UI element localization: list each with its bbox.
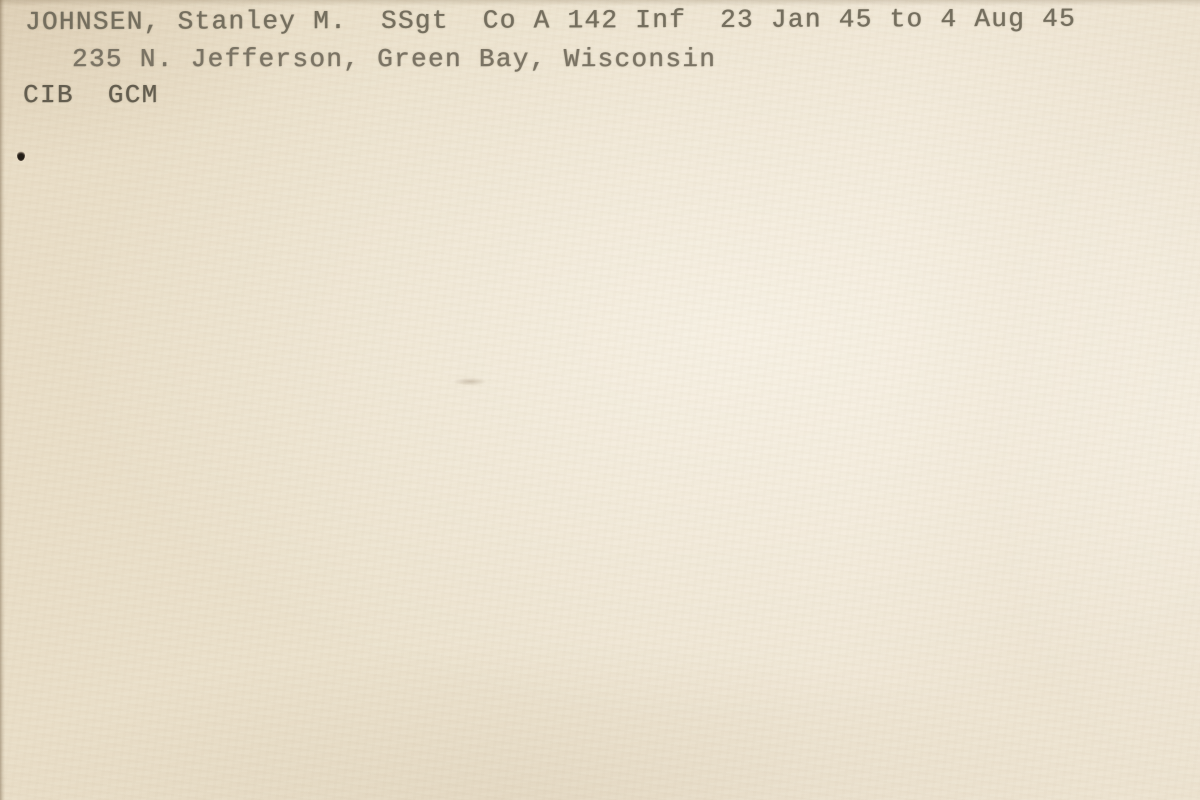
smudge-mark — [450, 377, 490, 386]
index-card: JOHNSEN, Stanley M. SSgt Co A 142 Inf 23… — [0, 0, 1200, 800]
typed-line-address: 235 N. Jefferson, Green Bay, Wisconsin — [72, 41, 716, 77]
left-edge-shadow — [0, 0, 5, 800]
typed-line-awards: CIB GCM — [23, 77, 159, 113]
paper-texture — [0, 0, 1200, 800]
ink-speck — [17, 151, 25, 161]
typed-line-name-rank-unit-dates: JOHNSEN, Stanley M. SSgt Co A 142 Inf 23… — [25, 1, 1076, 40]
